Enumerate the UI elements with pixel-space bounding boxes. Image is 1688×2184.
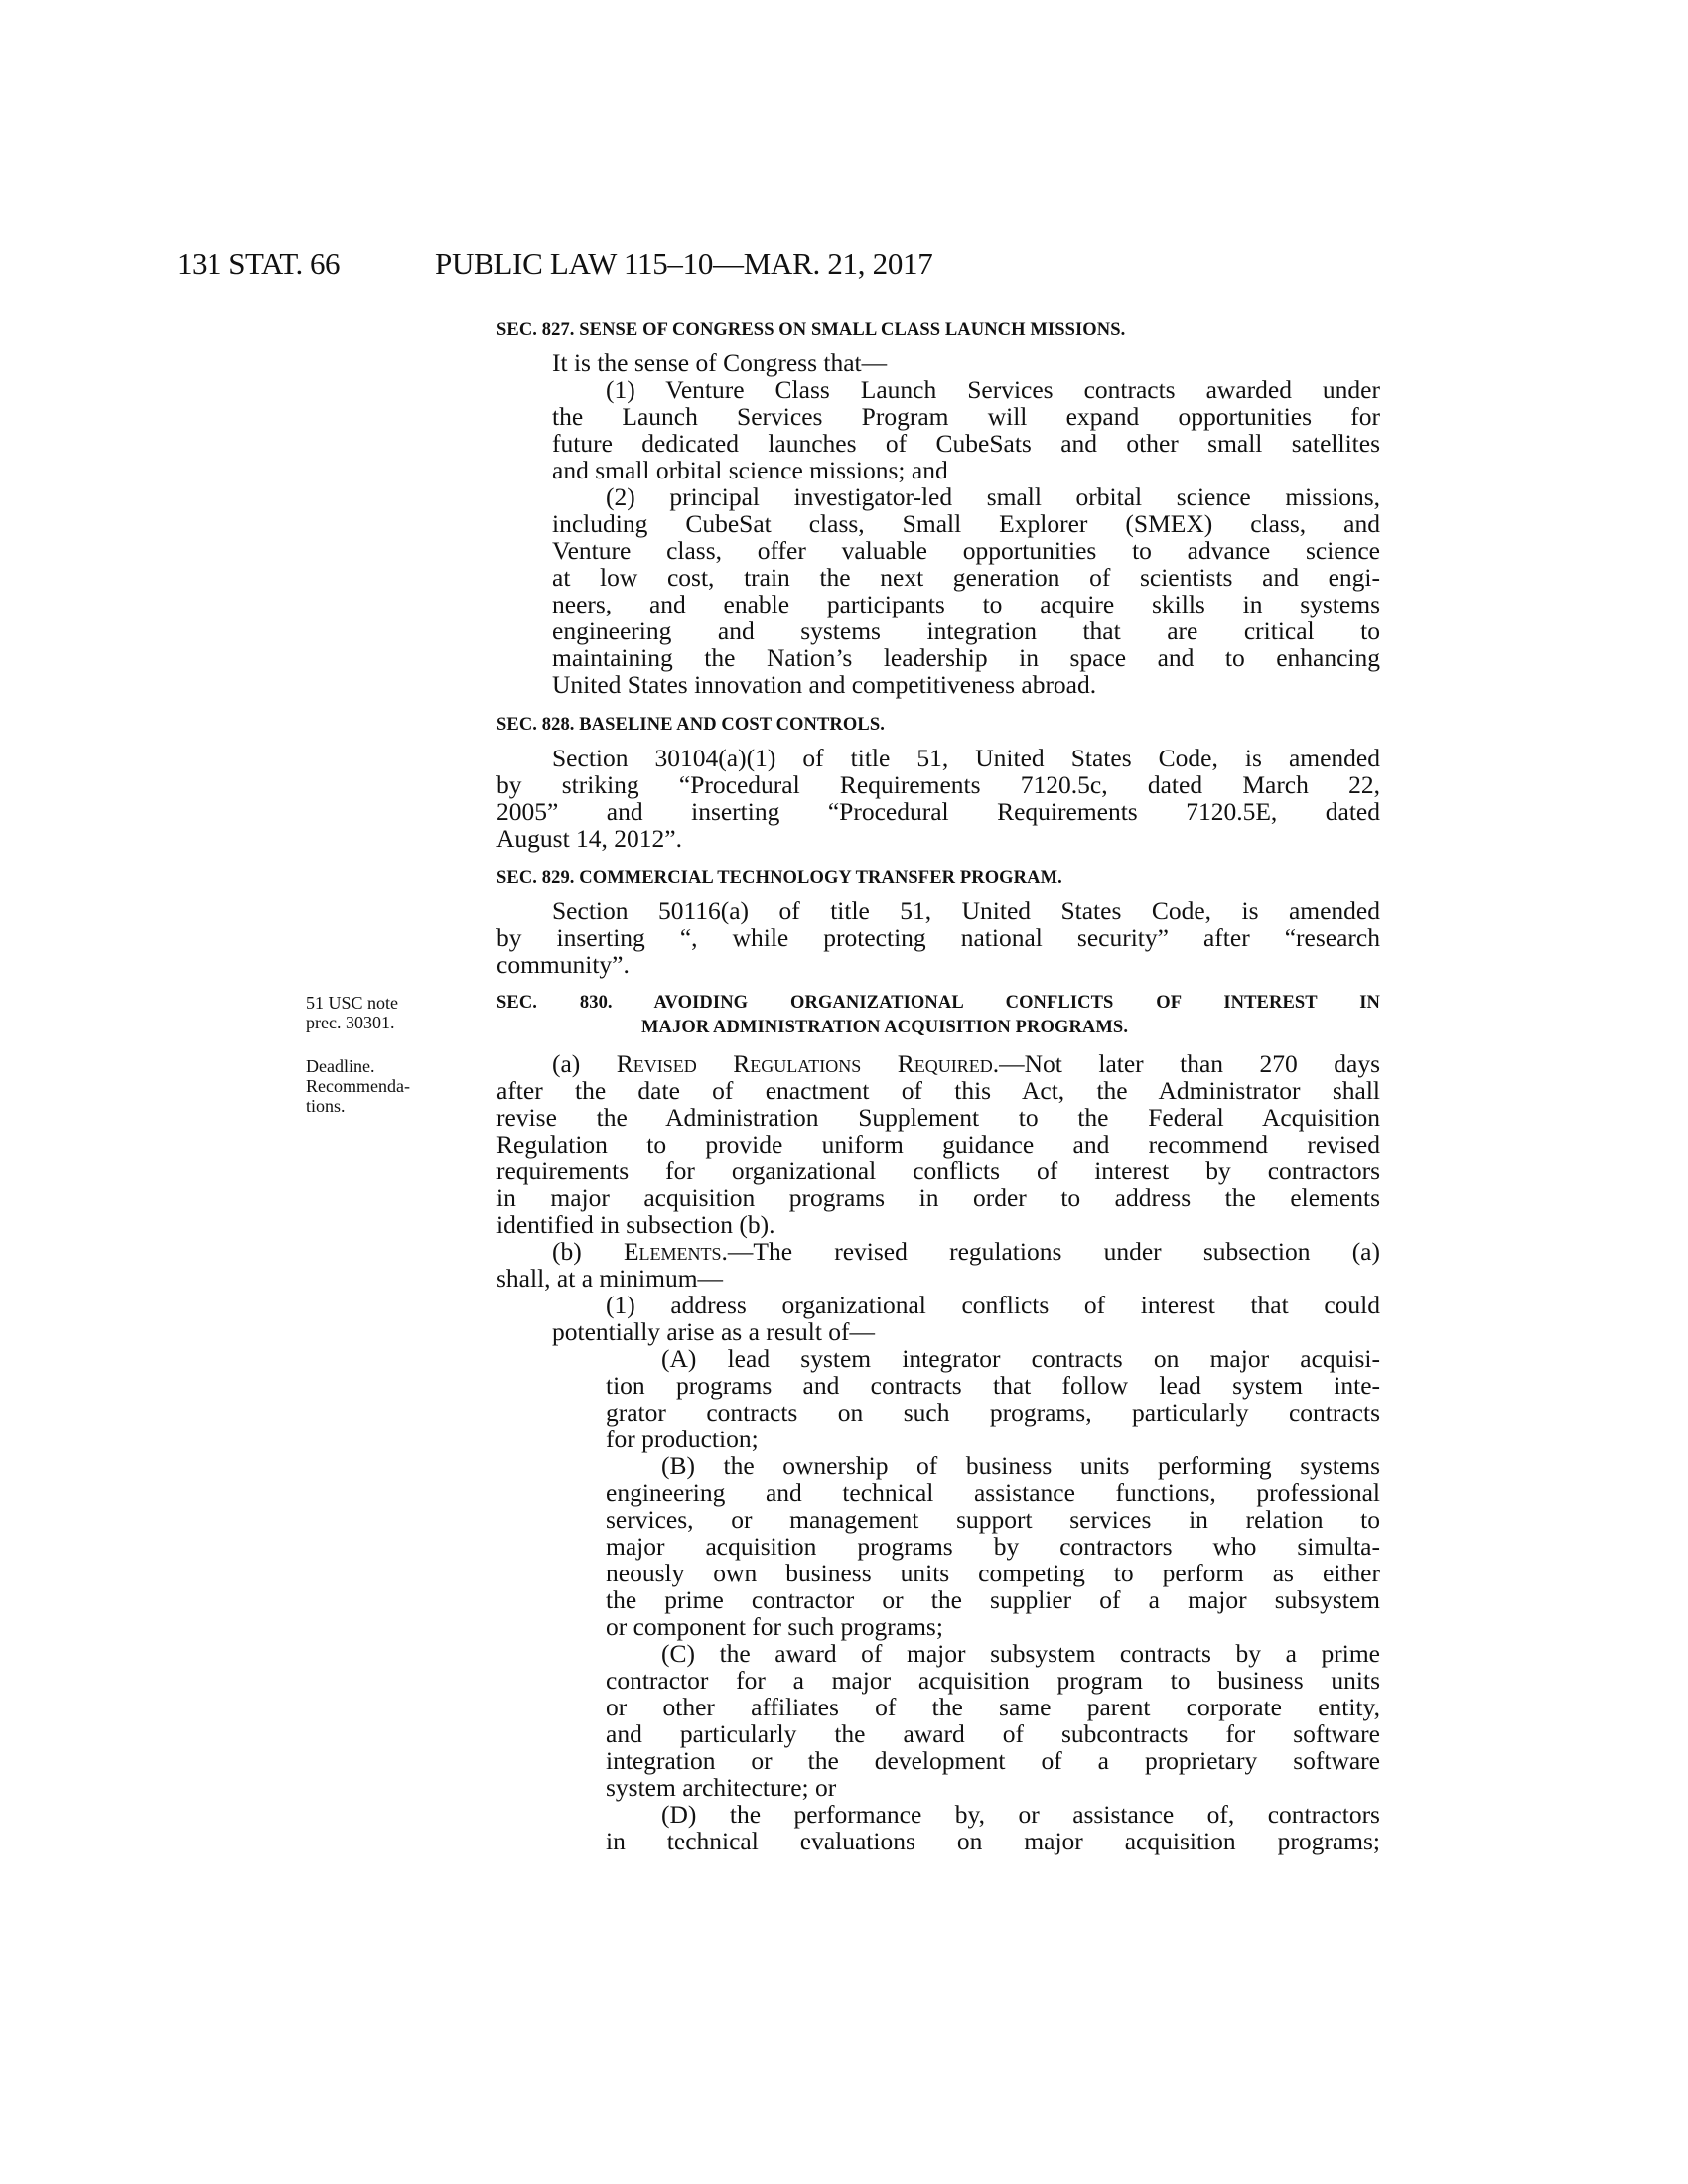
margin-note-usc: 51 USC note prec. 30301. — [306, 993, 445, 1032]
text-line: (1) Venture Class Launch Services contra… — [606, 376, 1380, 404]
text-line: contractor for a major acquisition progr… — [606, 1667, 1380, 1695]
subsection-caption: Elements — [624, 1237, 722, 1266]
text-line: revise the Administration Supplement to … — [496, 1104, 1380, 1132]
section-heading-830-cont: MAJOR ADMINISTRATION ACQUISITION PROGRAM… — [641, 1014, 1128, 1041]
text-line: by striking “Procedural Requirements 712… — [496, 771, 1380, 799]
text-line: services, or management support services… — [606, 1506, 1380, 1534]
text-line: after the date of enactment of this Act,… — [496, 1077, 1380, 1105]
text-line: Section 50116(a) of title 51, United Sta… — [552, 897, 1380, 925]
text-line: in technical evaluations on major acquis… — [606, 1828, 1380, 1855]
stat-page-number: 131 STAT. 66 — [177, 246, 340, 282]
text-span: .—The revised regulations under subsecti… — [722, 1237, 1380, 1266]
text-line: Regulation to provide uniform guidance a… — [496, 1131, 1380, 1159]
text-line: August 14, 2012”. — [496, 825, 682, 853]
margin-note-line: tions. — [306, 1096, 445, 1116]
section-heading-830: SEC. 830. AVOIDING ORGANIZATIONAL CONFLI… — [496, 989, 1380, 1017]
section-heading-829: SEC. 829. COMMERCIAL TECHNOLOGY TRANSFER… — [496, 864, 1062, 891]
text-line: (2) principal investigator-led small orb… — [606, 483, 1380, 511]
text-line: grator contracts on such programs, parti… — [606, 1399, 1380, 1427]
margin-note-line: Deadline. — [306, 1056, 445, 1076]
text-line: engineering and systems integration that… — [552, 617, 1380, 645]
text-line: tion programs and contracts that follow … — [606, 1372, 1380, 1400]
text-line: requirements for organizational conflict… — [496, 1158, 1380, 1185]
text-line: (A) lead system integrator contracts on … — [661, 1345, 1380, 1373]
text-span: .—Not later than 270 days — [993, 1049, 1380, 1078]
text-line: future dedicated launches of CubeSats an… — [552, 430, 1380, 458]
text-line: 2005” and inserting “Procedural Requirem… — [496, 798, 1380, 826]
subsection-label: (b) — [552, 1237, 624, 1266]
text-line: (B) the ownership of business units perf… — [661, 1452, 1380, 1480]
text-line: engineering and technical assistance fun… — [606, 1479, 1380, 1507]
text-line: United States innovation and competitive… — [552, 671, 1096, 699]
text-line: or component for such programs; — [606, 1613, 943, 1641]
page-header: 131 STAT. 66 PUBLIC LAW 115–10—MAR. 21, … — [177, 246, 1380, 286]
text-line: neers, and enable participants to acquir… — [552, 591, 1380, 618]
text-line: neously own business units competing to … — [606, 1560, 1380, 1587]
text-line: the Launch Services Program will expand … — [552, 403, 1380, 431]
subsection-label: (a) — [552, 1049, 617, 1078]
text-line: for production; — [606, 1426, 759, 1453]
text-line: shall, at a minimum— — [496, 1265, 723, 1293]
subsection-a-first-line: (a) Revised Regulations Required.—Not la… — [552, 1050, 1380, 1078]
text-line: maintaining the Nation’s leadership in s… — [552, 644, 1380, 672]
margin-note-line: 51 USC note — [306, 993, 445, 1013]
text-line: system architecture; or — [606, 1774, 836, 1802]
text-line: and small orbital science missions; and — [552, 457, 948, 484]
text-line: (D) the performance by, or assistance of… — [661, 1801, 1380, 1829]
text-line: Section 30104(a)(1) of title 51, United … — [552, 745, 1380, 772]
text-line: at low cost, train the next generation o… — [552, 564, 1380, 592]
text-line: by inserting “, while protecting nationa… — [496, 924, 1380, 952]
text-line: Venture class, offer valuable opportunit… — [552, 537, 1380, 565]
text-line: in major acquisition programs in order t… — [496, 1184, 1380, 1212]
text-line: including CubeSat class, Small Explorer … — [552, 510, 1380, 538]
subsection-caption: Revised Regulations Required — [617, 1049, 993, 1078]
text-line: identified in subsection (b). — [496, 1211, 774, 1239]
margin-note-deadline: Deadline. Recommenda- tions. — [306, 1056, 445, 1116]
margin-note-line: Recommenda- — [306, 1076, 445, 1096]
section-heading-827: SEC. 827. SENSE OF CONGRESS ON SMALL CLA… — [496, 316, 1380, 343]
margin-note-line: prec. 30301. — [306, 1013, 445, 1032]
subsection-b-first-line: (b) Elements.—The revised regulations un… — [552, 1238, 1380, 1266]
text-line: the prime contractor or the supplier of … — [606, 1586, 1380, 1614]
text-line: major acquisition programs by contractor… — [606, 1533, 1380, 1561]
text-line: community”. — [496, 951, 630, 979]
text-line: (C) the award of major subsystem contrac… — [661, 1640, 1380, 1668]
text-line: integration or the development of a prop… — [606, 1747, 1380, 1775]
text-line: and particularly the award of subcontrac… — [606, 1720, 1380, 1748]
text-line: (1) address organizational conflicts of … — [606, 1292, 1380, 1319]
text-line: or other affiliates of the same parent c… — [606, 1694, 1380, 1721]
text-line: It is the sense of Congress that— — [552, 349, 887, 377]
text-line: potentially arise as a result of— — [552, 1318, 875, 1346]
running-title: PUBLIC LAW 115–10—MAR. 21, 2017 — [435, 246, 932, 282]
section-heading-828: SEC. 828. BASELINE AND COST CONTROLS. — [496, 711, 885, 739]
